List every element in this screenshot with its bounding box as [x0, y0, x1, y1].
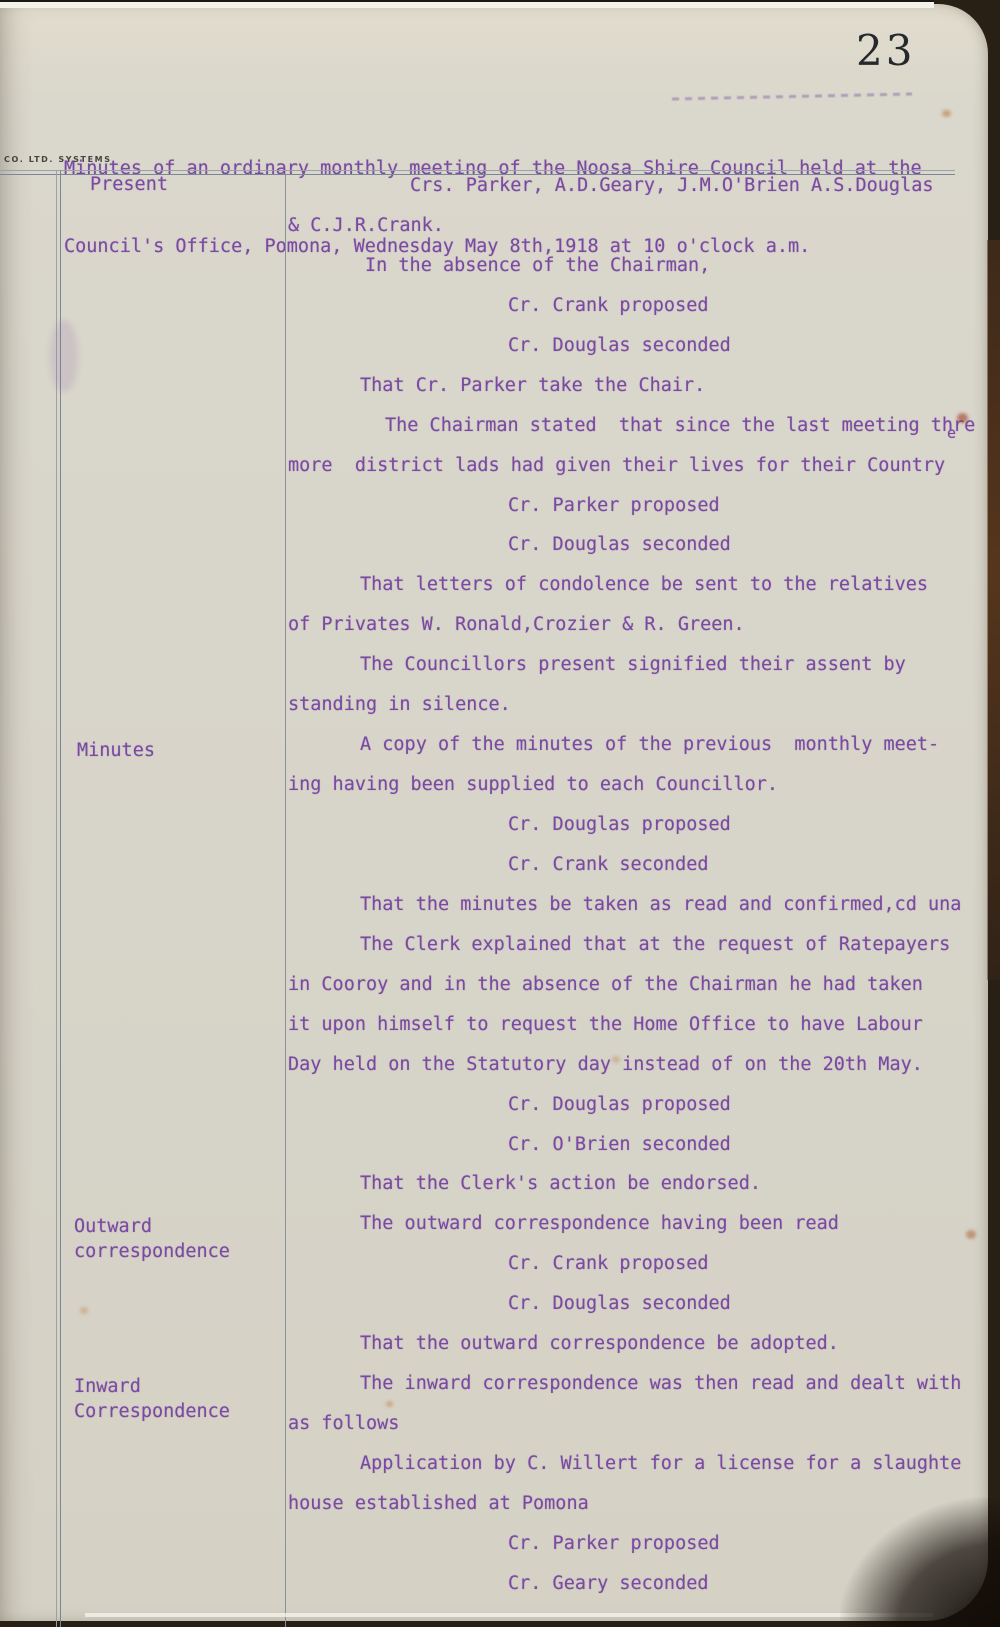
body-line: Cr. Douglas proposed: [508, 805, 986, 845]
body-line: Day held on the Statutory day instead of…: [288, 1045, 986, 1085]
body-line: A copy of the minutes of the previous mo…: [360, 725, 986, 765]
row-label-inward-correspondence-line2: Correspondence: [74, 1401, 230, 1422]
page-number: 23: [856, 26, 915, 75]
body-line: more district lads had given their lives…: [288, 446, 986, 486]
body-line: Cr. Douglas seconded: [508, 525, 986, 565]
body-line: That the Clerk's action be endorsed.: [360, 1164, 986, 1204]
body-line: Cr. Douglas seconded: [508, 326, 986, 366]
body-line: it upon himself to request the Home Offi…: [288, 1005, 986, 1045]
body-line: standing in silence.: [288, 685, 986, 725]
paper-stain: [957, 413, 968, 423]
body-line: Crs. Parker, A.D.Geary, J.M.O'Brien A.S.…: [410, 166, 986, 206]
body-line: That letters of condolence be sent to th…: [360, 565, 986, 605]
scan-right-edge: [987, 240, 1000, 980]
body-line: That the minutes be taken as read and co…: [360, 885, 986, 925]
paper-stain: [966, 1230, 976, 1239]
row-label-inward-correspondence-line1: Inward: [74, 1376, 141, 1397]
body-line: That Cr. Parker take the Chair.: [360, 366, 986, 406]
body-line: & C.J.R.Crank.: [288, 206, 986, 246]
body-line: That the outward correspondence be adopt…: [360, 1324, 986, 1364]
body-line: Cr. Crank proposed: [508, 1244, 986, 1284]
paper-stain: [942, 110, 951, 117]
dropped-letter-e: e: [947, 424, 956, 442]
body-line: Cr. Douglas seconded: [508, 1284, 986, 1324]
body-line: in Cooroy and in the absence of the Chai…: [288, 965, 986, 1005]
row-label-outward-correspondence-line2: correspondence: [74, 1241, 230, 1262]
scan-bottom-edge: [85, 1613, 933, 1617]
row-label-present: Present: [90, 174, 168, 195]
paper-stain: [80, 1307, 88, 1314]
row-label-minutes: Minutes: [77, 740, 155, 761]
paper-stain: [386, 1401, 393, 1407]
body-line: Cr. Crank seconded: [508, 845, 986, 885]
scan-top-edge: [0, 0, 934, 8]
row-label-outward-correspondence-line1: Outward: [74, 1216, 152, 1237]
scan-corner-shadow: [840, 1497, 1000, 1627]
body-line: In the absence of the Chairman,: [365, 246, 986, 286]
body-line: Cr. Douglas proposed: [508, 1085, 986, 1125]
stationer-imprint: CO. LTD. SYSTEMS: [4, 155, 112, 164]
body-line: The Chairman stated that since the last …: [385, 406, 986, 446]
body-line: The Clerk explained that at the request …: [360, 925, 986, 965]
paper-stain: [612, 1056, 620, 1063]
body-line: of Privates W. Ronald,Crozier & R. Green…: [288, 605, 986, 645]
table-left-rule-outer: [56, 170, 57, 1627]
body-line: The inward correspondence was then read …: [360, 1364, 986, 1404]
body-line: Cr. Parker proposed: [508, 486, 986, 526]
body-line: Application by C. Willert for a license …: [360, 1444, 986, 1484]
scanned-minutes-page: { "document": { "page_number": "23", "ma…: [0, 0, 1000, 1627]
body-line: Cr. Crank proposed: [508, 286, 986, 326]
body-line: The Councillors present signified their …: [360, 645, 986, 685]
body-line: The outward correspondence having been r…: [360, 1204, 986, 1244]
body-line: as follows: [288, 1404, 986, 1444]
body-line: Cr. O'Brien seconded: [508, 1125, 986, 1165]
ink-smudge: [50, 320, 78, 392]
body-line: ing having been supplied to each Council…: [288, 765, 986, 805]
